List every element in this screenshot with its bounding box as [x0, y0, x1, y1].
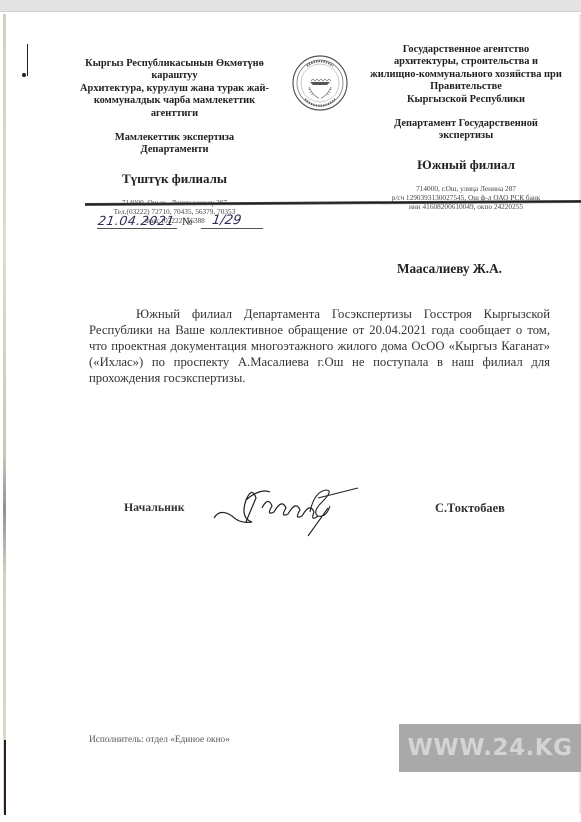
- reference-date: 21.04.2021: [97, 213, 179, 229]
- agency-line: караштуу: [77, 70, 272, 82]
- department-name-russian: Департамент Государственной экспертизы: [355, 118, 577, 143]
- agency-line: Кыргыз Республикасынын Өкмөтүнө: [77, 58, 272, 70]
- department-name-kyrgyz: Мамлекеттик экспертиза Департаменти: [77, 132, 272, 157]
- department-line: Мамлекеттик экспертиза: [77, 132, 272, 144]
- outgoing-reference: 21.04.2021 № 1/29: [98, 213, 268, 235]
- scan-top-border: [0, 0, 581, 12]
- department-line: Департамент Государственной: [355, 118, 577, 130]
- address-line: 714000, г.Ош, улица Ленина 287: [355, 184, 577, 193]
- site-watermark: WWW.24.KG: [399, 724, 581, 772]
- branch-name-russian: Южный филиал: [355, 158, 577, 172]
- agency-line: агенттиги: [77, 108, 272, 120]
- agency-line: Кыргызской Республики: [355, 94, 577, 106]
- handwritten-corner-dot: [22, 73, 26, 77]
- letter-body: Южный филиал Департамента Госэкспертизы …: [89, 306, 550, 386]
- reference-number: 1/29: [201, 213, 265, 229]
- agency-line: архитектуры, строительства и: [355, 56, 577, 68]
- department-line: экспертизы: [355, 130, 577, 142]
- agency-line: Архитектура, курулуш жана турак жай-: [77, 83, 272, 95]
- executor-note: Исполнитель: отдел «Единое окно»: [89, 735, 230, 745]
- agency-line: коммуналдык чарба мамлекеттик: [77, 95, 272, 107]
- handwritten-corner-mark: [27, 44, 28, 76]
- scan-left-edge-shadow: [4, 740, 6, 815]
- signatory-name: С.Токтобаев: [435, 501, 505, 516]
- agency-name-russian: Государственное агентство архитектуры, с…: [355, 44, 577, 106]
- recipient-name: Маасалиеву Ж.А.: [397, 261, 502, 277]
- agency-name-kyrgyz: Кыргыз Республикасынын Өкмөтүнө караштуу…: [77, 58, 272, 120]
- branch-name-kyrgyz: Түштүк филиалы: [77, 172, 272, 186]
- reference-number-label: №: [182, 216, 193, 228]
- body-paragraph: Южный филиал Департамента Госэкспертизы …: [89, 306, 550, 386]
- letterhead-russian: Государственное агентство архитектуры, с…: [355, 44, 577, 211]
- state-emblem-seal-icon: [291, 54, 349, 112]
- signatory-title: Начальник: [124, 500, 185, 515]
- letterhead-kyrgyz: Кыргыз Республикасынын Өкмөтүнө караштуу…: [77, 58, 272, 225]
- scan-left-edge: [3, 14, 6, 814]
- agency-line: Правительстве: [355, 81, 577, 93]
- department-line: Департаменти: [77, 144, 272, 156]
- agency-line: Государственное агентство: [355, 44, 577, 56]
- agency-line: жилищно-коммунального хозяйства при: [355, 69, 577, 81]
- contacts-russian: 714000, г.Ош, улица Ленина 287 р/сч 1290…: [355, 184, 577, 211]
- handwritten-signature-icon: [210, 478, 365, 538]
